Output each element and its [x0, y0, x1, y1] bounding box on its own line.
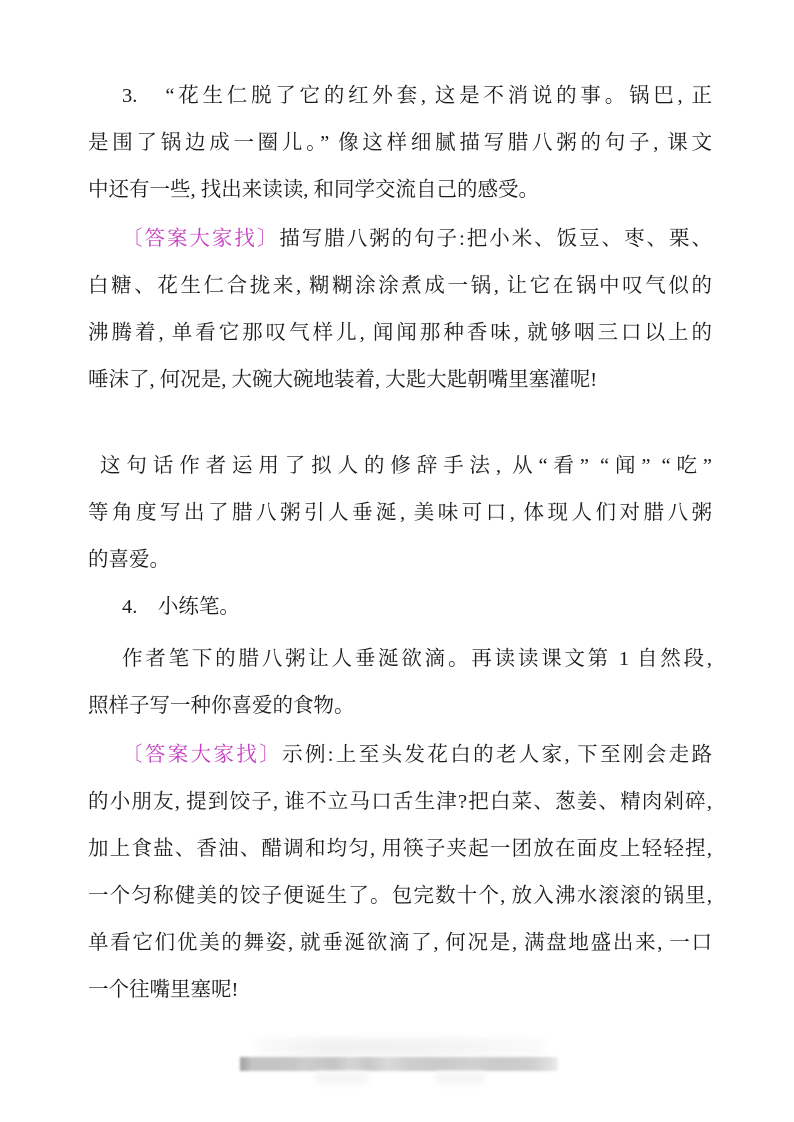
text-line: 的喜爱。: [88, 537, 712, 584]
watermark-haze: [436, 1072, 484, 1084]
text-line: 3. “花生仁脱了它的红外套, 这是不消说的事。锅巴, 正: [88, 73, 712, 120]
text-line-text: 示例:上至头发花白的老人家, 下至刚会走路: [282, 744, 712, 766]
text-line: 一个匀称健美的饺子便诞生了。包完数十个, 放入沸水滚滚的锅里,: [88, 873, 712, 920]
paragraph-question-4-body: 作者笔下的腊八粥让人垂涎欲滴。再读读课文第 1 自然段, 照样子写一种你喜爱的食…: [88, 636, 712, 730]
text-line: 单看它们优美的舞姿, 就垂涎欲滴了, 何况是, 满盘地盛出来, 一口: [88, 920, 712, 967]
text-content: 3. “花生仁脱了它的红外套, 这是不消说的事。锅巴, 正 是围了锅边成一圈儿。…: [88, 73, 712, 1014]
watermark-bar: [240, 1057, 558, 1071]
text-line: 等角度写出了腊八粥引人垂涎, 美味可口, 体现人们对腊八粥: [88, 490, 712, 537]
answer-tag: 〔答案大家找〕: [122, 228, 279, 250]
text-line: 白糖、花生仁合拢来, 糊糊涂涂煮成一锅, 让它在锅中叹气似的: [88, 263, 712, 310]
text-line: 的小朋友, 提到饺子, 谁不立马口舌生津?把白菜、葱姜、精肉剁碎,: [88, 779, 712, 826]
text-line: 沸腾着, 单看它那叹气样儿, 闻闻那种香味, 就够咽三口以上的: [88, 310, 712, 357]
text-line: 照样子写一种你喜爱的食物。: [88, 683, 712, 730]
text-line: 4. 小练笔。: [88, 584, 712, 631]
blurred-watermark: [240, 1038, 560, 1086]
answer-tag: 〔答案大家找〕: [122, 744, 282, 766]
paragraph-answer-4: 〔答案大家找〕示例:上至头发花白的老人家, 下至刚会走路 的小朋友, 提到饺子,…: [88, 732, 712, 1014]
watermark-haze: [316, 1072, 368, 1084]
text-line: 作者笔下的腊八粥让人垂涎欲滴。再读读课文第 1 自然段,: [88, 636, 712, 683]
text-line: 〔答案大家找〕描写腊八粥的句子:把小米、饭豆、枣、栗、: [88, 216, 712, 263]
paragraph-answer-3-analysis: 这句话作者运用了拟人的修辞手法, 从“看” “闻” “吃” 等角度写出了腊八粥引…: [88, 443, 712, 584]
watermark-haze: [256, 1038, 544, 1056]
text-line: 这句话作者运用了拟人的修辞手法, 从“看” “闻” “吃”: [88, 443, 712, 490]
text-line: 加上食盐、香油、醋调和均匀, 用筷子夹起一团放在面皮上轻轻捏,: [88, 826, 712, 873]
text-line: 唾沫了, 何况是, 大碗大碗地装着, 大匙大匙朝嘴里塞灌呢!: [88, 357, 712, 404]
text-line: 〔答案大家找〕示例:上至头发花白的老人家, 下至刚会走路: [88, 732, 712, 779]
document-page: 3. “花生仁脱了它的红外套, 这是不消说的事。锅巴, 正 是围了锅边成一圈儿。…: [0, 0, 794, 1122]
paragraph-answer-3: 〔答案大家找〕描写腊八粥的句子:把小米、饭豆、枣、栗、 白糖、花生仁合拢来, 糊…: [88, 216, 712, 404]
text-line: 中还有一些, 找出来读读, 和同学交流自己的感受。: [88, 167, 712, 214]
text-line: 一个往嘴里塞呢!: [88, 967, 712, 1014]
text-line-text: 描写腊八粥的句子:把小米、饭豆、枣、栗、: [279, 228, 712, 250]
paragraph-question-4: 4. 小练笔。: [88, 584, 712, 631]
text-line: 是围了锅边成一圈儿。” 像这样细腻描写腊八粥的句子, 课文: [88, 120, 712, 167]
paragraph-question-3: 3. “花生仁脱了它的红外套, 这是不消说的事。锅巴, 正 是围了锅边成一圈儿。…: [88, 73, 712, 214]
